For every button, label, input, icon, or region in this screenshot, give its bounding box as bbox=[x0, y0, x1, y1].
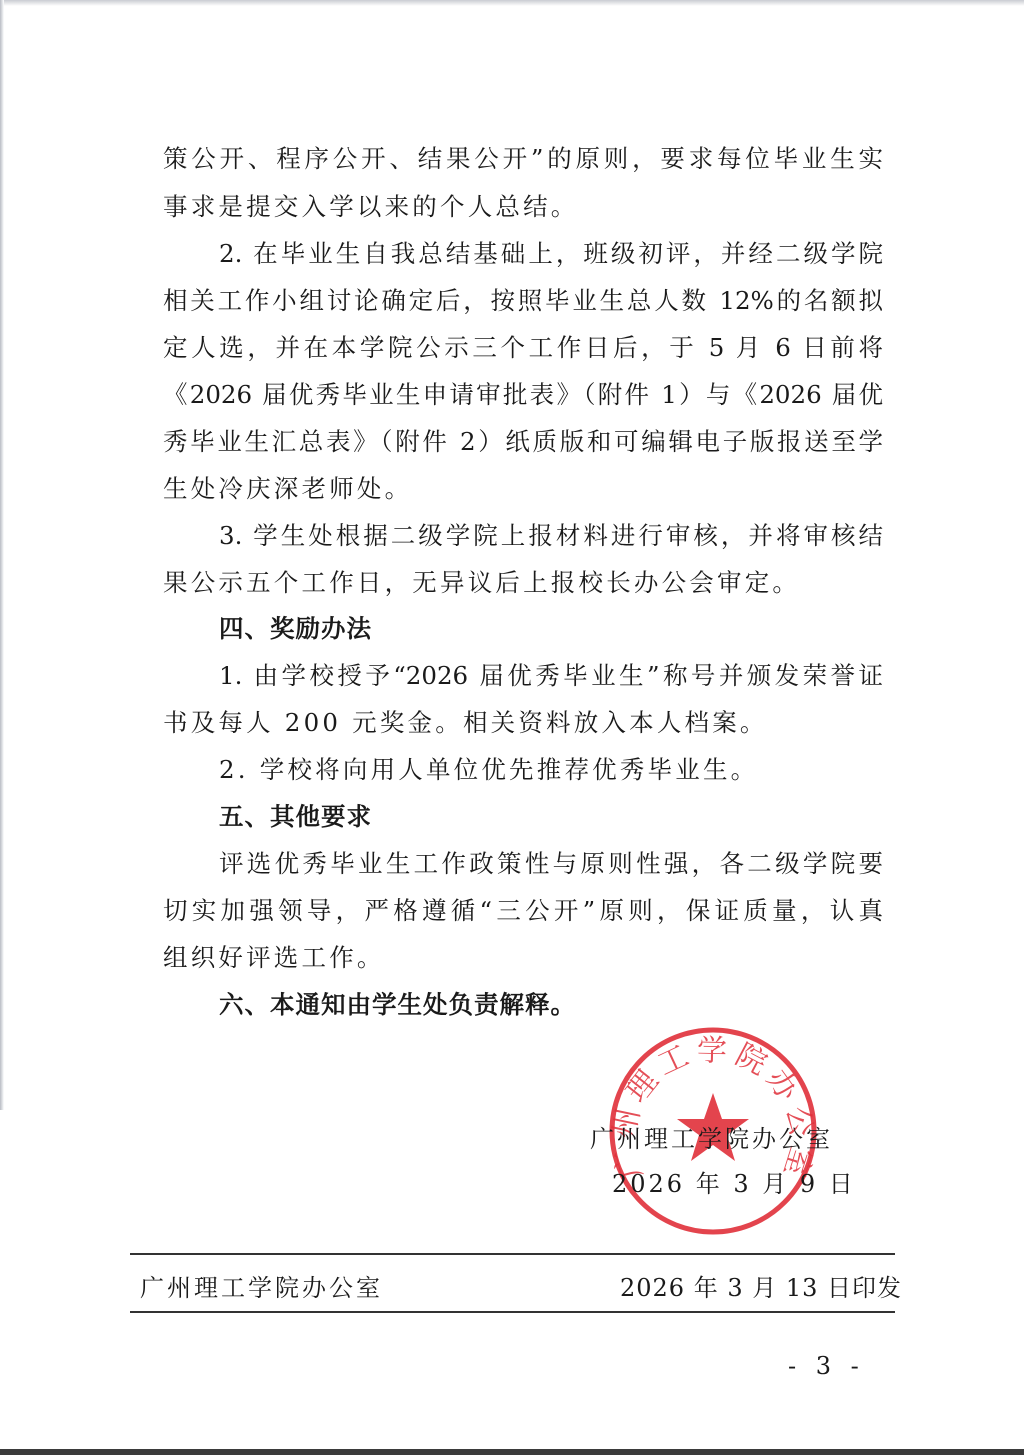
text-line: 1. 由学校授予“2026 届优秀毕业生”称号并颁发荣誉证 bbox=[163, 658, 883, 694]
signature-issuer: 广州理工学院办公室 bbox=[590, 1119, 833, 1154]
text-line: 《2026 届优秀毕业生申请审批表》（附件 1）与《2026 届优 bbox=[163, 377, 883, 413]
footer-rule-top bbox=[130, 1253, 895, 1255]
text-line: 切实加强领导，严格遵循“三公开”原则，保证质量，认真 bbox=[163, 893, 883, 929]
text-line: 秀毕业生汇总表》（附件 2）纸质版和可编辑电子版报送至学 bbox=[163, 424, 883, 460]
page-number: - 3 - bbox=[788, 1352, 865, 1380]
text-line: 果公示五个工作日，无异议后上报校长办公会审定。 bbox=[163, 565, 883, 601]
footer-print-date: 2026 年 3 月 13 日印发 bbox=[620, 1268, 902, 1303]
footer-rule-bottom bbox=[130, 1311, 895, 1313]
text-line: 评选优秀毕业生工作政策性与原则性强，各二级学院要 bbox=[163, 846, 883, 882]
text-line: 策公开、程序公开、结果公开”的原则，要求每位毕业生实 bbox=[163, 141, 883, 177]
scan-edge-top bbox=[0, 0, 1024, 6]
text-line: 相关工作小组讨论确定后，按照毕业生总人数 12%的名额拟 bbox=[163, 283, 883, 319]
text-line: 事求是提交入学以来的个人总结。 bbox=[163, 189, 883, 225]
section-heading: 四、奖励办法 bbox=[163, 611, 883, 647]
footer-issuer: 广州理工学院办公室 bbox=[140, 1268, 383, 1303]
text-line: 2. 在毕业生自我总结基础上，班级初评，并经二级学院 bbox=[163, 236, 883, 272]
text-line: 定人选，并在本学院公示三个工作日后，于 5 月 6 日前将 bbox=[163, 330, 883, 366]
text-line: 组织好评选工作。 bbox=[163, 940, 883, 976]
text-line: 2. 学校将向用人单位优先推荐优秀毕业生。 bbox=[163, 752, 883, 788]
text-line: 书及每人 200 元奖金。相关资料放入本人档案。 bbox=[163, 705, 883, 741]
scan-edge-bottom bbox=[0, 1449, 1024, 1455]
scan-edge-left bbox=[0, 0, 4, 1110]
section-heading: 六、本通知由学生处负责解释。 bbox=[163, 987, 883, 1023]
text-line: 3. 学生处根据二级学院上报材料进行审核，并将审核结 bbox=[163, 518, 883, 554]
section-heading: 五、其他要求 bbox=[163, 799, 883, 835]
text-line: 生处冷庆深老师处。 bbox=[163, 471, 883, 507]
signature-date: 2026 年 3 月 9 日 bbox=[612, 1164, 856, 1199]
